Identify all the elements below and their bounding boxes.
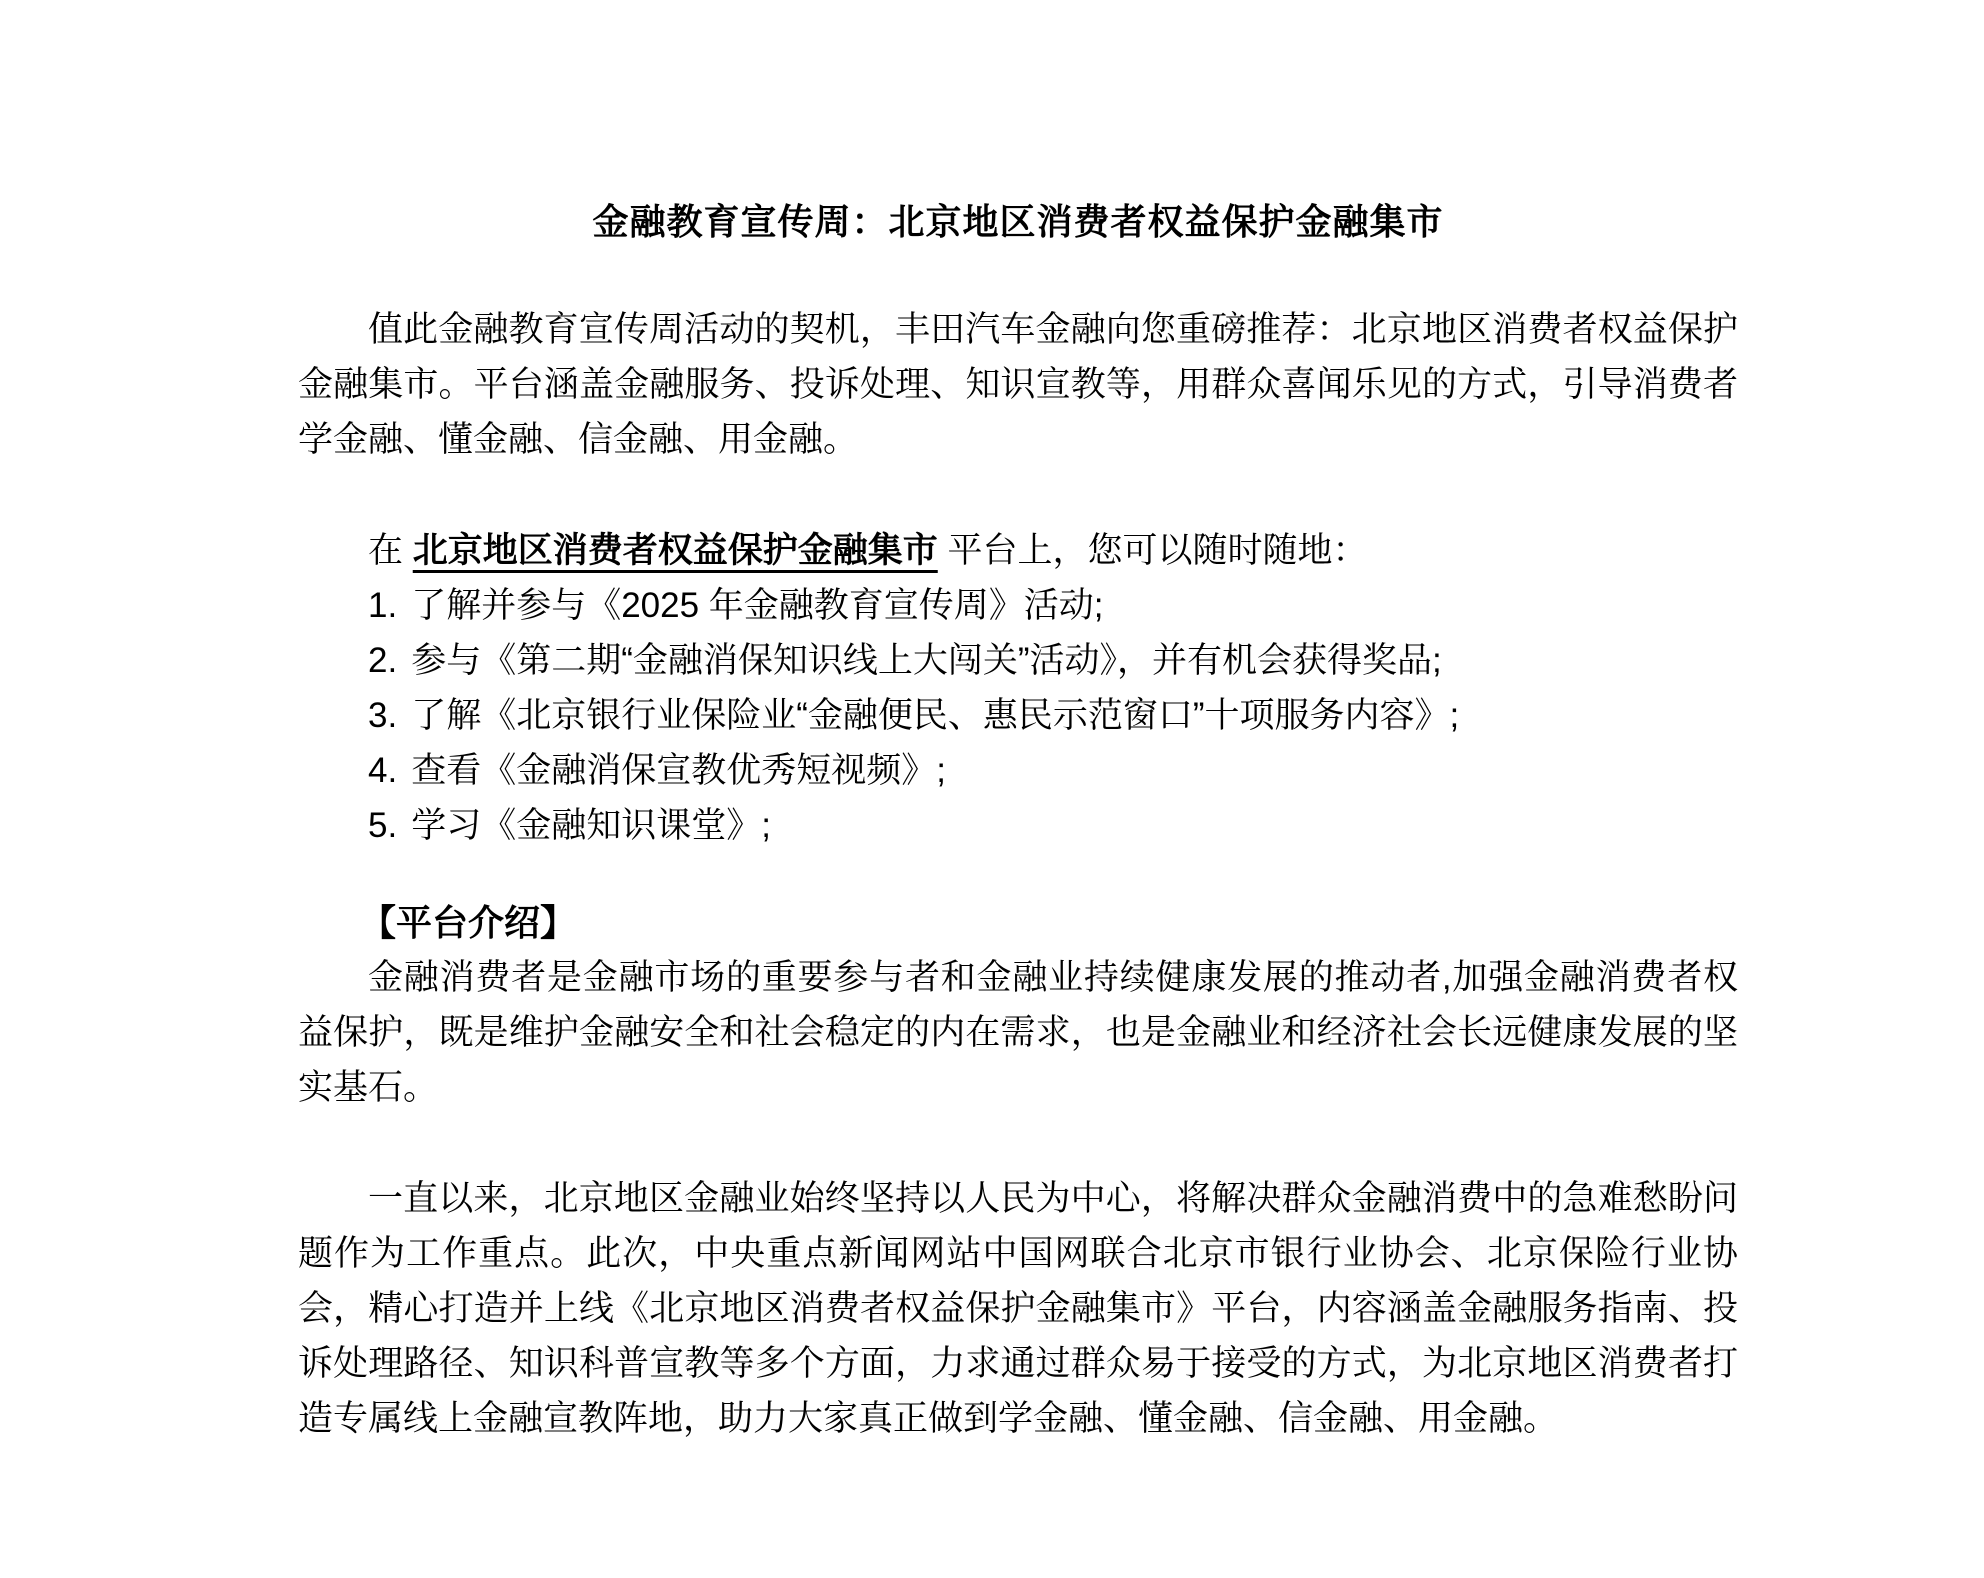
platform-lead-line: 在 北京地区消费者权益保护金融集市 平台上，您可以随时随地： — [298, 523, 1738, 578]
platform-feature-section: 在 北京地区消费者权益保护金融集市 平台上，您可以随时随地： 1.了解并参与《2… — [298, 523, 1738, 853]
list-item-number: 5. — [368, 798, 397, 853]
list-item-number: 2. — [368, 633, 397, 688]
background-paragraph: 一直以来，北京地区金融业始终坚持以人民为中心，将解决群众金融消费中的急难愁盼问题… — [298, 1171, 1738, 1446]
document-page: 金融教育宣传周：北京地区消费者权益保护金融集市 值此金融教育宣传周活动的契机，丰… — [0, 0, 1984, 1578]
list-item-text: 查看《金融消保宣教优秀短视频》; — [411, 751, 946, 790]
list-item-text: 了解《北京银行业保险业“金融便民、惠民示范窗口”十项服务内容》; — [411, 696, 1459, 735]
list-item-number: 3. — [368, 688, 397, 743]
list-item-text: 参与《第二期“金融消保知识线上大闯关”活动》，并有机会获得奖品; — [411, 641, 1442, 680]
platform-intro-header: 【平台介绍】 — [298, 895, 1738, 950]
list-item-text: 学习《金融知识课堂》; — [411, 806, 771, 845]
list-item: 1.了解并参与《2025 年金融教育宣传周》活动; — [298, 578, 1738, 633]
list-item: 5.学习《金融知识课堂》; — [298, 798, 1738, 853]
platform-intro-paragraph: 金融消费者是金融市场的重要参与者和金融业持续健康发展的推动者,加强金融消费者权益… — [298, 950, 1738, 1115]
list-item-number: 1. — [368, 578, 397, 633]
intro-paragraph: 值此金融教育宣传周活动的契机，丰田汽车金融向您重磅推荐：北京地区消费者权益保护金… — [298, 302, 1738, 467]
list-item: 3.了解《北京银行业保险业“金融便民、惠民示范窗口”十项服务内容》; — [298, 688, 1738, 743]
list-item-text: 了解并参与《2025 年金融教育宣传周》活动; — [411, 586, 1103, 625]
platform-lead-suffix: 平台上，您可以随时随地： — [938, 531, 1368, 570]
document-title: 金融教育宣传周：北京地区消费者权益保护金融集市 — [298, 200, 1738, 244]
platform-name-emphasis: 北京地区消费者权益保护金融集市 — [413, 531, 938, 570]
list-item: 2.参与《第二期“金融消保知识线上大闯关”活动》，并有机会获得奖品; — [298, 633, 1738, 688]
list-item: 4.查看《金融消保宣教优秀短视频》; — [298, 743, 1738, 798]
list-item-number: 4. — [368, 743, 397, 798]
platform-lead-prefix: 在 — [368, 531, 413, 570]
